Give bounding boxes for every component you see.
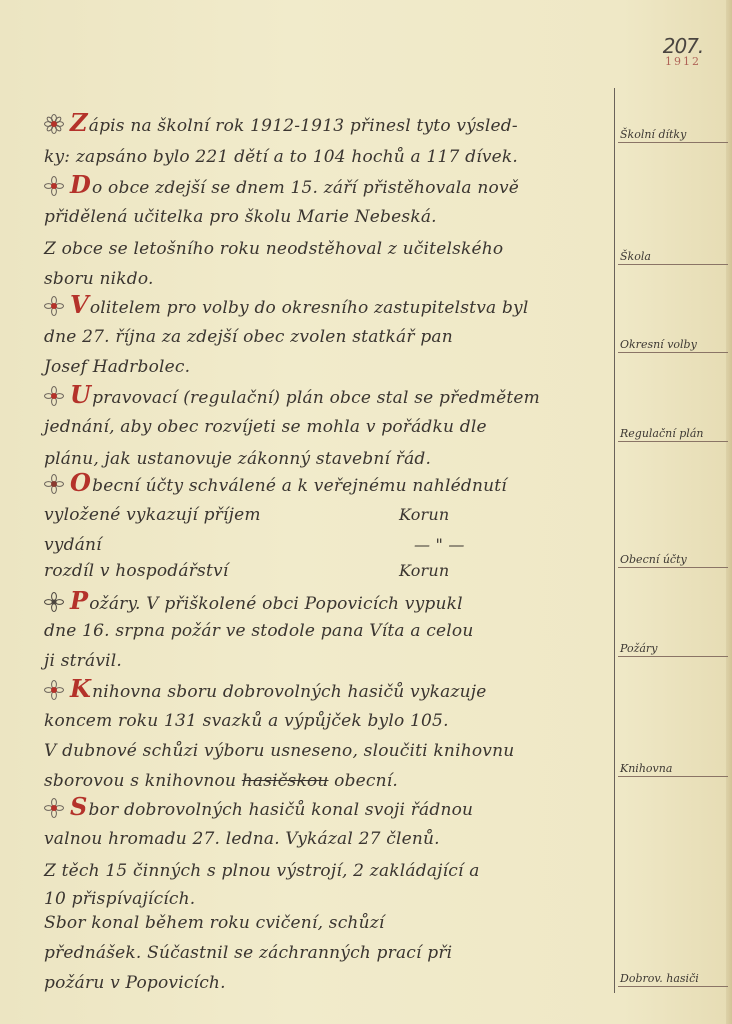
flower-ornament-icon [44,296,64,316]
flower-ornament-icon [44,798,64,818]
entry-firemen-line1: Sbor dobrovolných hasičů konal svoji řád… [44,796,610,821]
flower-ornament-icon [44,680,64,700]
margin-label-skola: Škola [618,250,728,265]
flower-ornament-icon [44,176,64,196]
income-label: vyložené vykazují příjem [44,505,261,525]
margin-rule [614,88,615,993]
entry-school-line2: přidělená učitelka pro školu Marie Nebes… [44,206,610,228]
entry-accounts-line1: Obecní účty schválené a k veřejnému nahl… [44,472,610,497]
flower-ornament-icon [44,474,64,494]
difference-amount: Korun [399,560,449,582]
flower-ornament-icon [44,592,64,612]
entry-school-children-line2: ky: zapsáno bylo 221 dětí a to 104 hochů… [44,146,610,168]
entry-elections-line1: Volitelem pro volby do okresního zastupi… [44,294,610,319]
entry-fires-line3: ji strávil. [44,650,610,672]
entry-school-line1: Do obce zdejší se dnem 15. září přistěho… [44,174,610,199]
red-initial: S [70,792,88,821]
struck-word: hasičskou [242,771,329,791]
entry-school-line4: sboru nikdo. [44,268,610,290]
entry-fires-line1: Požáry. V přiškolené obci Popovicích vyp… [44,590,610,615]
margin-label-dobrov-hasici: Dobrov. hasiči [618,972,728,987]
entry-firemen-line4: 10 přispívajících. [44,888,610,910]
entry-school-children-line1: Zápis na školní rok 1912-1913 přinesl ty… [44,112,610,137]
entry-elections-line2: dne 27. října za zdejší obec zvolen stat… [44,326,610,348]
red-initial: V [70,290,89,319]
red-initial: P [70,586,88,615]
difference-label: rozdíl v hospodářství [44,561,228,581]
entry-regulation-line2: jednání, aby obec rozvíjeti se mohla v p… [44,416,610,438]
entry-regulation-line1: Upravovací (regulační) plán obce stal se… [44,384,610,409]
income-amount: Korun [399,504,449,526]
margin-label-okresni-volby: Okresní volby [618,338,728,353]
red-initial: U [70,380,91,409]
entry-elections-line3: Josef Hadrbolec. [44,356,610,378]
expense-label: vydání [44,535,102,555]
margin-label-knihovna: Knihovna [618,762,728,777]
margin-label-pozary: Požáry [618,642,728,657]
entry-library-line4: sborovou s knihovnou hasičskou obecní. [44,770,610,792]
entry-library-line2: koncem roku 131 svazků a výpůjček bylo 1… [44,710,610,732]
entry-accounts-expense-row: vydání — " — [44,534,610,556]
entry-regulation-line3: plánu, jak ustanovuje zákonný stavební ř… [44,448,610,470]
entry-firemen-line7: požáru v Popovicích. [44,972,610,994]
entry-accounts-difference-row: rozdíl v hospodářství Korun [44,560,610,582]
margin-label-regulacni-plan: Regulační plán [618,427,728,442]
page-number-block: 207. 1912 [653,34,713,68]
red-initial: K [70,674,91,703]
flower-ornament-icon [44,386,64,406]
entry-firemen-line2: valnou hromadu 27. ledna. Vykázal 27 čle… [44,828,610,850]
margin-label-skolni-ditky: Školní dítky [618,128,728,143]
entry-firemen-line3: Z těch 15 činných s plnou výstrojí, 2 za… [44,860,610,882]
page-edge [726,0,732,1024]
expense-amount: — " — [414,534,465,556]
entry-fires-line2: dne 16. srpna požár ve stodole pana Víta… [44,620,610,642]
margin-label-obecni-ucty: Obecní účty [618,553,728,568]
entry-school-line3: Z obce se letošního roku neodstěhoval z … [44,238,610,260]
ledger-page: 207. 1912 Školní dítky Škola Okresní vol… [0,0,732,1024]
entry-accounts-income-row: vyložené vykazují příjem Korun [44,504,610,526]
red-initial: Z [70,108,88,137]
red-initial: O [70,468,91,497]
flower-ornament-icon [44,114,64,134]
red-initial: D [70,170,91,199]
entry-firemen-line5: Sbor konal během roku cvičení, schůzí [44,912,610,934]
entry-library-line3: V dubnové schůzi výboru usneseno, slouči… [44,740,610,762]
entry-library-line1: Knihovna sboru dobrovolných hasičů vykaz… [44,678,610,703]
entry-firemen-line6: přednášek. Súčastnil se záchranných prac… [44,942,610,964]
